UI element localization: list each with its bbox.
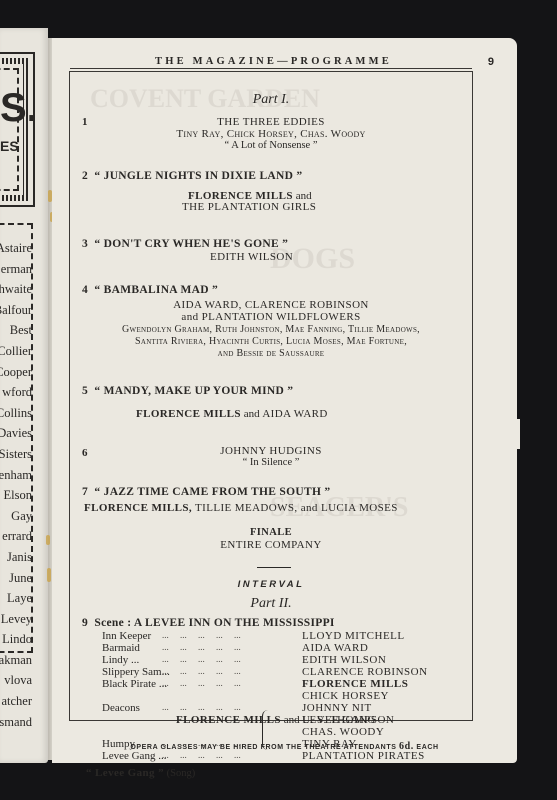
footer-text-end: EACH [414,744,439,751]
left-name: Cooper [0,362,32,383]
frame-top-rule [70,68,472,69]
left-name: errard [0,526,32,547]
cast-bold: FLORENCE MILLS [136,408,241,420]
page-footer: OPERA GLASSES MAY BE HIRED FROM THE THEA… [52,741,517,752]
cast-and: and [281,714,302,726]
left-name: Elson [0,485,32,506]
role-actor: CLARENCE ROBINSON [302,666,428,678]
page-header: THE MAGAZINE—PROGRAMME 9 [100,53,500,73]
left-name: Astaire [0,238,32,259]
item-title: “ MANDY, MAKE UP YOUR MIND ” [94,385,293,397]
role-name: Lindy ... [102,654,139,666]
item-number: 5 [82,385,88,397]
item-number: 2 [82,170,88,182]
role-dots: ... ... ... ... ... [162,630,241,640]
item-number-and-title: 2 “ JUNGLE NIGHTS IN DIXIE LAND ” [82,170,302,182]
left-name: Gay [0,506,32,527]
left-name: Balfour [0,300,32,321]
left-name: Collins [0,403,32,424]
cast-rest: LEVEE GANG [302,714,375,726]
song-cast-line: FLORENCE MILLS and LEVEE GANG [176,710,376,728]
item-members: and Bessie de Saussaure [70,348,472,359]
role-name: Black Pirate ... [102,678,167,690]
item-subtitle: “ In Silence ” [70,457,472,468]
item-cast-line2: and PLANTATION WILDFLOWERS [70,311,472,323]
cast-bold: FLORENCE MILLS [176,714,281,726]
left-name: hwaite [0,279,32,300]
paper-stain [47,568,51,582]
scene-title: Scene : A LEVEE INN ON THE MISSISSIPPI [94,617,334,629]
cast-rest: AIDA WARD [262,408,327,420]
scene-heading: 9 Scene : A LEVEE INN ON THE MISSISSIPPI [82,617,335,629]
left-name: Laye [0,588,32,609]
item-cast-line2: THE PLANTATION GIRLS [182,201,316,213]
left-name: Davies [0,423,32,444]
item-number-and-title: 4 “ BAMBALINA MAD ” [82,284,218,296]
song-note: (Song) [164,768,195,779]
role-actor: CHICK HORSEY [302,690,389,702]
programme-content: Part I. 1 THE THREE EDDIES Tiny Ray, Chi… [70,72,472,720]
role-actor: AIDA WARD [302,642,368,654]
item-cast: Tiny Ray, Chick Horsey, Chas. Woody [70,128,472,140]
cast-and: and [241,408,262,420]
item-cast: FLORENCE MILLS, TILLIE MEADOWS, and LUCI… [84,498,398,516]
left-name: Lindo [0,629,32,650]
left-name: Levey [0,609,32,630]
left-name: vlova [0,670,32,691]
left-name: Janis [0,547,32,568]
role-dots: ... ... ... ... ... [162,678,241,688]
item-cast: AIDA WARD, CLARENCE ROBINSON [70,299,472,311]
left-ad-letter: S. [0,88,38,128]
item-cast: EDITH WILSON [210,251,293,263]
role-dots: ... ... ... ... ... [162,642,241,652]
left-name: smand [0,712,32,733]
interval-label: INTERVAL [70,579,472,590]
item-title: JOHNNY HUDGINS [70,445,472,457]
item-title: “ JAZZ TIME CAME FROM THE SOUTH ” [94,486,330,498]
left-name: enham [0,465,32,486]
magazine-title: THE MAGAZINE—PROGRAMME [155,56,392,67]
left-name: atcher [0,691,32,712]
left-name: Best [0,320,32,341]
role-name: Slippery Sam... [102,666,170,678]
item-title: “ JUNGLE NIGHTS IN DIXIE LAND ” [94,170,302,182]
role-actor: FLORENCE MILLS [302,678,408,690]
left-names-list: Astaire erman hwaite Balfour Best Collie… [0,238,32,732]
role-dots: ... ... ... ... ... [162,654,241,664]
left-name: Sisters [0,444,32,465]
song-title: “ Levee Gang ” [86,767,164,779]
programme-page: THE MAGAZINE—PROGRAMME 9 COVENT GARDEN D… [52,38,517,763]
part-two-title: Part II. [70,596,472,612]
role-actor: EDITH WILSON [302,654,386,666]
item-number-and-title: 7 “ JAZZ TIME CAME FROM THE SOUTH ” [82,486,330,498]
scene-number: 9 [82,617,88,629]
item-number-and-title: 3 “ DON'T CRY WHEN HE'S GONE ” [82,238,288,250]
finale-cast: ENTIRE COMPANY [70,539,472,551]
item-title: THE THREE EDDIES [70,116,472,128]
item-number: 7 [82,486,88,498]
role-actor: LLOYD MITCHELL [302,630,405,642]
left-name: June [0,568,32,589]
item-members: Santita Riviera, Hyacinth Curtis, Lucia … [70,336,472,347]
programme-frame: COVENT GARDEN DOGS SEAGER'S Part I. 1 TH… [69,71,473,721]
item-number-and-title: 5 “ MANDY, MAKE UP YOUR MIND ” [82,385,293,397]
item-number: 3 [82,238,88,250]
item-members: Gwendolyn Graham, Ruth Johnston, Mae Fan… [70,324,472,335]
item-title: “ DON'T CRY WHEN HE'S GONE ” [94,238,288,250]
item-cast: FLORENCE MILLS and AIDA WARD [136,404,328,422]
left-ad-suffix: ES [0,138,19,154]
divider-rule [257,567,291,568]
footer-price: 6d. [399,741,414,752]
song-line: “ Levee Gang ” (Song) [86,763,195,781]
left-name: Collier [0,341,32,362]
cast-rest: TILLIE MEADOWS, and LUCIA MOSES [192,502,398,514]
role-name: Inn Keeper [102,630,151,642]
item-title: “ BAMBALINA MAD ” [94,284,218,296]
paper-stain [46,535,50,545]
page-number: 9 [488,56,494,68]
left-facing-page: S. ES Astaire erman hwaite Balfour Best … [0,28,48,763]
finale-title: FINALE [70,527,472,538]
footer-text: OPERA GLASSES MAY BE HIRED FROM THE THEA… [130,744,399,751]
cast-bold: FLORENCE MILLS, [84,502,192,514]
role-name: Barmaid [102,642,140,654]
part-one-title: Part I. [70,92,472,108]
left-name: akman [0,650,32,671]
role-dots: ... ... ... ... ... [162,666,241,676]
left-name: wford [0,382,32,403]
role-name: Deacons [102,702,140,714]
left-name: erman [0,259,32,280]
item-subtitle: “ A Lot of Nonsense ” [70,140,472,151]
item-number: 4 [82,284,88,296]
